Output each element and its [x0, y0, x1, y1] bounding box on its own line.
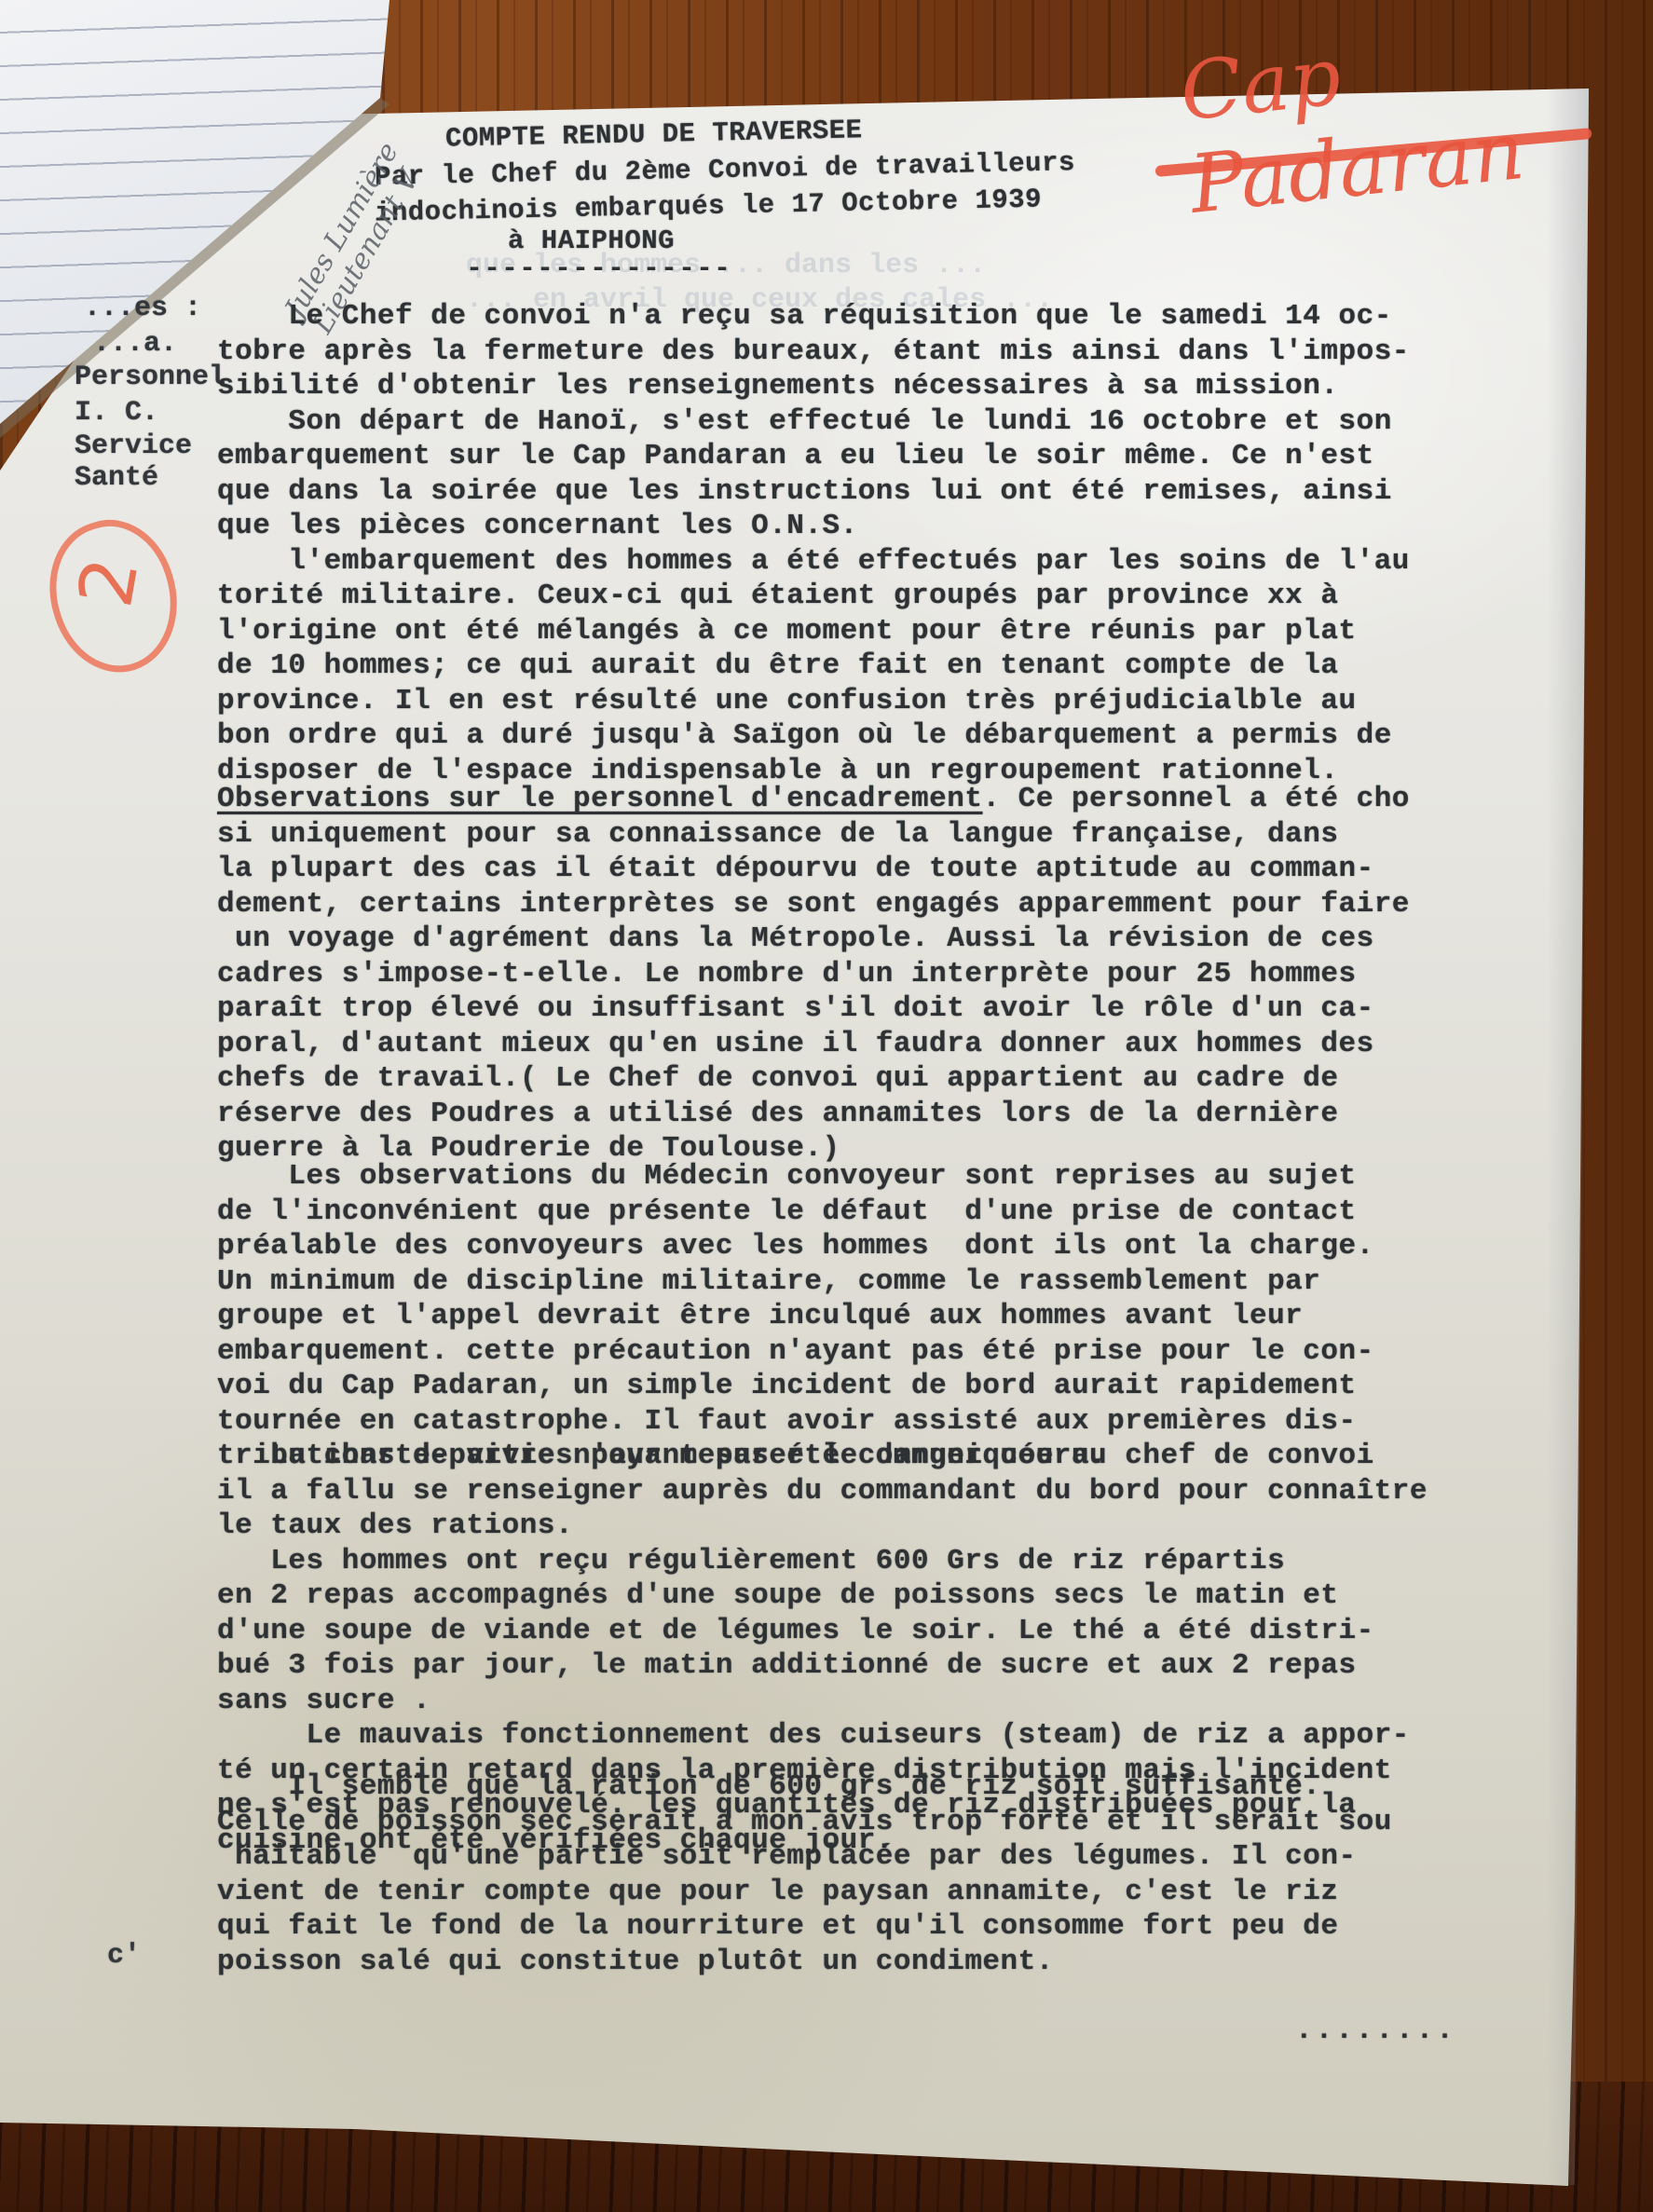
document-line: sans sucre . [217, 1685, 430, 1717]
document-line: préalable des convoyeurs avec les hommes… [217, 1230, 1374, 1263]
page-edge-shadow [1547, 89, 1590, 2185]
document-line: bué 3 fois par jour, le matin additionné… [217, 1649, 1357, 1682]
document-line: que les pièces concernant les O.N.S. [217, 510, 858, 542]
document-line: La charte-partie n'ayant pas été communi… [217, 1440, 1374, 1472]
margin-note: ...a. [93, 326, 177, 362]
document-line: poral, d'autant mieux qu'en usine il fau… [217, 1028, 1374, 1060]
document-line: d'une soupe de viande et de légumes le s… [217, 1615, 1374, 1647]
document-line: si uniquement pour sa connaissance de la… [217, 818, 1339, 851]
document-line: en 2 repas accompagnés d'une soupe de po… [217, 1579, 1339, 1612]
red-circled-number: 2 [56, 533, 162, 632]
document-line: voi du Cap Padaran, un simple incident d… [217, 1370, 1357, 1402]
document-line: poisson salé qui constitue plutôt un con… [217, 1946, 1054, 1978]
document-line: réserve des Poudres a utilisé des annami… [217, 1098, 1339, 1130]
margin-note: I. C. [75, 395, 158, 430]
document-line: l'embarquement des hommes a été effectué… [217, 545, 1410, 578]
document-line: Celle de poisson sec serait à mon avis t… [217, 1806, 1392, 1838]
document-line: sibilité d'obtenir les renseignements né… [217, 370, 1339, 403]
document-line: il a fallu se renseigner auprès du comma… [217, 1475, 1428, 1508]
heading-continuation: . Ce personnel a été cho [982, 783, 1409, 815]
document-line: paraît trop élevé ou insuffisant s'il do… [217, 992, 1374, 1025]
document-line: Observations sur le personnel d'encadrem… [217, 783, 1410, 815]
document-line: haitable qu'une partie soit remplacée pa… [217, 1840, 1357, 1873]
document-line: Il semble que la ration de 600 grs de ri… [217, 1770, 1320, 1803]
document-line: l'origine ont été mélangés à ce moment p… [217, 615, 1357, 648]
document-line: le taux des rations. [217, 1509, 573, 1542]
document-line: embarquement sur le Cap Pandaran a eu li… [217, 440, 1374, 472]
margin-mark: c' [107, 1938, 141, 1973]
document-line: Son départ de Hanoï, s'est effectué le l… [217, 405, 1392, 438]
document-line: de l'inconvénient que présente le défaut… [217, 1195, 1357, 1228]
document-line: Le Chef de convoi n'a reçu sa réquisitio… [217, 300, 1392, 333]
document-subtitle-location: à HAIPHONG [508, 225, 675, 256]
document-line: un voyage d'agrément dans la Métropole. … [217, 922, 1374, 955]
continuation-dots: ........ [1295, 2014, 1456, 2047]
document-line: groupe et l'appel devrait être inculqué … [217, 1300, 1303, 1332]
document-line: dement, certains interprètes se sont eng… [217, 888, 1410, 921]
document-line: Les observations du Médecin convoyeur so… [217, 1160, 1357, 1193]
document-line: embarquement. cette précaution n'ayant p… [217, 1335, 1374, 1368]
document-line: vient de tenir compte que pour le paysan… [217, 1876, 1339, 1908]
document-line: la plupart des cas il était dépourvu de … [217, 853, 1374, 885]
margin-note: Service [75, 429, 192, 464]
title-separator: --------------- [466, 253, 731, 285]
margin-note: Santé [75, 460, 158, 496]
document-line: Un minimum de discipline militaire, comm… [217, 1265, 1320, 1298]
margin-note: Personnel [75, 360, 225, 395]
document-line: qui fait le fond de la nourriture et qu'… [217, 1910, 1339, 1943]
document-line: Les hommes ont reçu régulièrement 600 Gr… [217, 1545, 1285, 1577]
document-line: torité militaire. Ceux-ci qui étaient gr… [217, 580, 1339, 612]
document-line: cadres s'impose-t-elle. Le nombre d'un i… [217, 958, 1357, 990]
document-line: de 10 hommes; ce qui aurait du être fait… [217, 649, 1339, 682]
document-line: que dans la soirée que les instructions … [217, 475, 1392, 508]
document-line: tournée en catastrophe. Il faut avoir as… [217, 1405, 1357, 1438]
document-line: Le mauvais fonctionnement des cuiseurs (… [217, 1719, 1410, 1752]
section-heading: Observations sur le personnel d'encadrem… [217, 783, 982, 815]
document-line: tobre après la fermeture des bureaux, ét… [217, 335, 1410, 368]
document-line: bon ordre qui a duré jusqu'à Saïgon où l… [217, 719, 1392, 752]
document-line: chefs de travail.( Le Chef de convoi qui… [217, 1062, 1339, 1095]
document-line: province. Il en est résulté une confusio… [217, 685, 1357, 717]
margin-note: ...es : [84, 291, 201, 326]
